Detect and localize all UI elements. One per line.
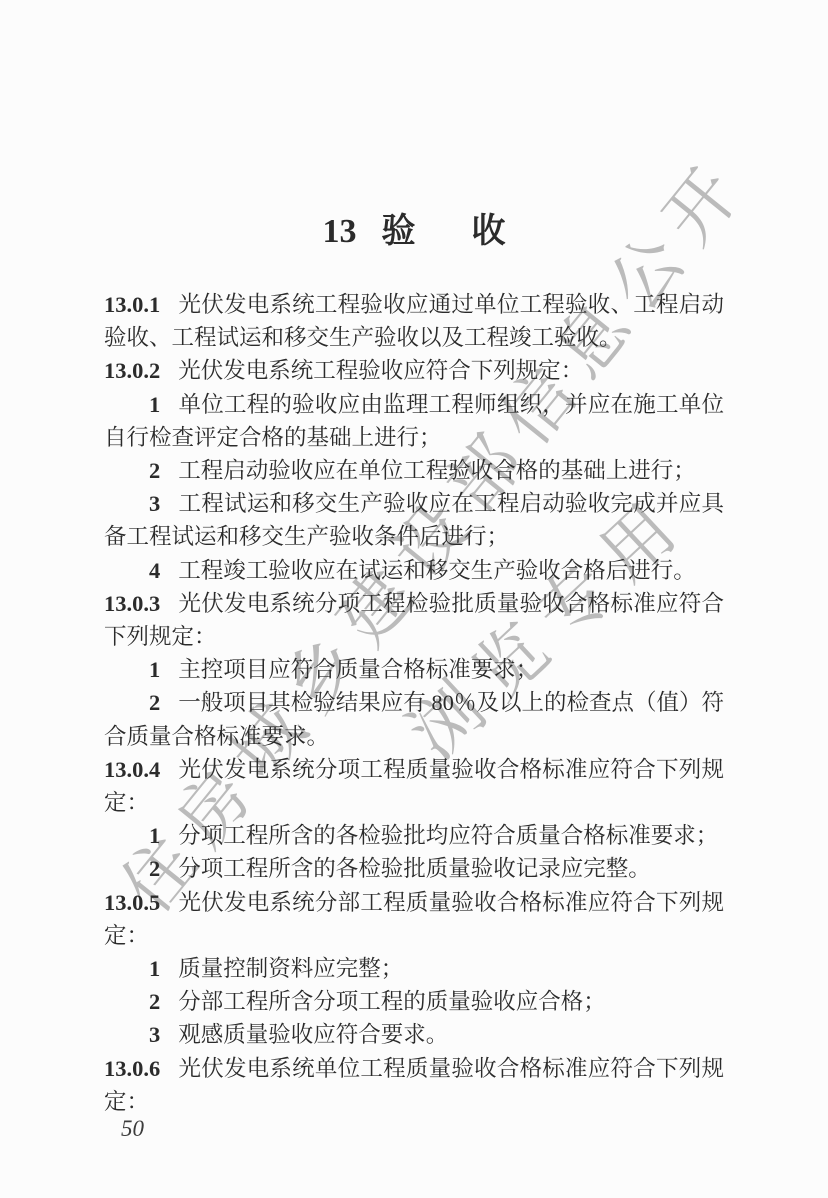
paragraph-text: 观感质量验收应符合要求。 (178, 1022, 448, 1047)
paragraph-text: 光伏发电系统工程验收应符合下列规定： (178, 358, 583, 383)
paragraph-number: 4 (149, 558, 160, 583)
paragraph-number: 1 (149, 823, 160, 848)
paragraph-text: 工程启动验收应在单位工程验收合格的基础上进行； (178, 458, 696, 483)
clause-13.0.6: 13.0.6光伏发电系统单位工程质量验收合格标准应符合下列规定： (104, 1052, 724, 1118)
list-item-3: 3观感质量验收应符合要求。 (104, 1018, 724, 1051)
paragraph-text: 光伏发电系统单位工程质量验收合格标准应符合下列规定： (104, 1056, 724, 1114)
page-number: 50 (121, 1116, 144, 1142)
list-item-2: 2分部工程所含分项工程的质量验收应合格； (104, 985, 724, 1018)
list-item-2: 2一般项目其检验结果应有 80％及以上的检查点（值）符合质量合格标准要求。 (104, 686, 724, 752)
list-item-1: 1分项工程所含的各检验批均应符合质量合格标准要求； (104, 819, 724, 852)
paragraph-number: 2 (149, 458, 160, 483)
paragraph-text: 分项工程所含的各检验批均应符合质量合格标准要求； (178, 823, 718, 848)
clause-13.0.5: 13.0.5光伏发电系统分部工程质量验收合格标准应符合下列规定： (104, 886, 724, 952)
list-item-1: 1质量控制资料应完整； (104, 952, 724, 985)
paragraph-text: 分项工程所含的各检验批质量验收记录应完整。 (178, 856, 651, 881)
paragraph-text: 单位工程的验收应由监理工程师组织，并应在施工单位自行检查评定合格的基础上进行； (104, 392, 724, 450)
paragraph-text: 工程试运和移交生产验收应在工程启动验收完成并应具备工程试运和移交生产验收条件后进… (104, 491, 724, 549)
paragraph-number: 3 (149, 1022, 160, 1047)
paragraph-number: 13.0.4 (104, 757, 160, 782)
clause-13.0.3: 13.0.3光伏发电系统分项工程检验批质量验收合格标准应符合下列规定： (104, 587, 724, 653)
paragraph-number: 2 (149, 856, 160, 881)
list-item-1: 1主控项目应符合质量合格标准要求； (104, 653, 724, 686)
list-item-1: 1单位工程的验收应由监理工程师组织，并应在施工单位自行检查评定合格的基础上进行； (104, 388, 724, 454)
paragraph-text: 质量控制资料应完整； (178, 956, 403, 981)
paragraph-text: 光伏发电系统分部工程质量验收合格标准应符合下列规定： (104, 890, 724, 948)
paragraph-number: 2 (149, 989, 160, 1014)
document-page: 住房城乡建设部信息公开 浏览专用 13 验 收 13.0.1光伏发电系统工程验收… (0, 0, 828, 1198)
paragraph-text: 工程竣工验收应在试运和移交生产验收合格后进行。 (178, 558, 696, 583)
list-item-2: 2工程启动验收应在单位工程验收合格的基础上进行； (104, 454, 724, 487)
paragraph-text: 光伏发电系统分项工程质量验收合格标准应符合下列规定： (104, 757, 724, 815)
chapter-number: 13 (323, 213, 357, 251)
paragraph-number: 13.0.2 (104, 358, 160, 383)
paragraph-text: 光伏发电系统工程验收应通过单位工程验收、工程启动验收、工程试运和移交生产验收以及… (104, 292, 724, 350)
paragraph-number: 13.0.1 (104, 292, 160, 317)
paragraph-number: 1 (149, 392, 160, 417)
paragraph-number: 13.0.3 (104, 591, 160, 616)
list-item-3: 3工程试运和移交生产验收应在工程启动验收完成并应具备工程试运和移交生产验收条件后… (104, 487, 724, 553)
clause-13.0.4: 13.0.4光伏发电系统分项工程质量验收合格标准应符合下列规定： (104, 753, 724, 819)
paragraph-text: 光伏发电系统分项工程检验批质量验收合格标准应符合下列规定： (104, 591, 724, 649)
paragraph-number: 1 (149, 657, 160, 682)
paragraph-text: 分部工程所含分项工程的质量验收应合格； (178, 989, 606, 1014)
paragraph-number: 13.0.6 (104, 1056, 160, 1081)
document-body: 13.0.1光伏发电系统工程验收应通过单位工程验收、工程启动验收、工程试运和移交… (104, 288, 724, 1118)
paragraph-number: 3 (149, 491, 160, 516)
paragraph-text: 一般项目其检验结果应有 80％及以上的检查点（值）符合质量合格标准要求。 (104, 690, 724, 748)
clause-13.0.2: 13.0.2光伏发电系统工程验收应符合下列规定： (104, 354, 724, 387)
paragraph-number: 1 (149, 956, 160, 981)
chapter-title-char-1: 验 (382, 203, 416, 252)
paragraph-text: 主控项目应符合质量合格标准要求； (178, 657, 538, 682)
list-item-4: 4工程竣工验收应在试运和移交生产验收合格后进行。 (104, 554, 724, 587)
list-item-2: 2分项工程所含的各检验批质量验收记录应完整。 (104, 852, 724, 885)
chapter-title-char-2: 收 (472, 203, 506, 252)
paragraph-number: 2 (149, 690, 160, 715)
chapter-heading: 13 验 收 (0, 203, 828, 252)
clause-13.0.1: 13.0.1光伏发电系统工程验收应通过单位工程验收、工程启动验收、工程试运和移交… (104, 288, 724, 354)
paragraph-number: 13.0.5 (104, 890, 160, 915)
